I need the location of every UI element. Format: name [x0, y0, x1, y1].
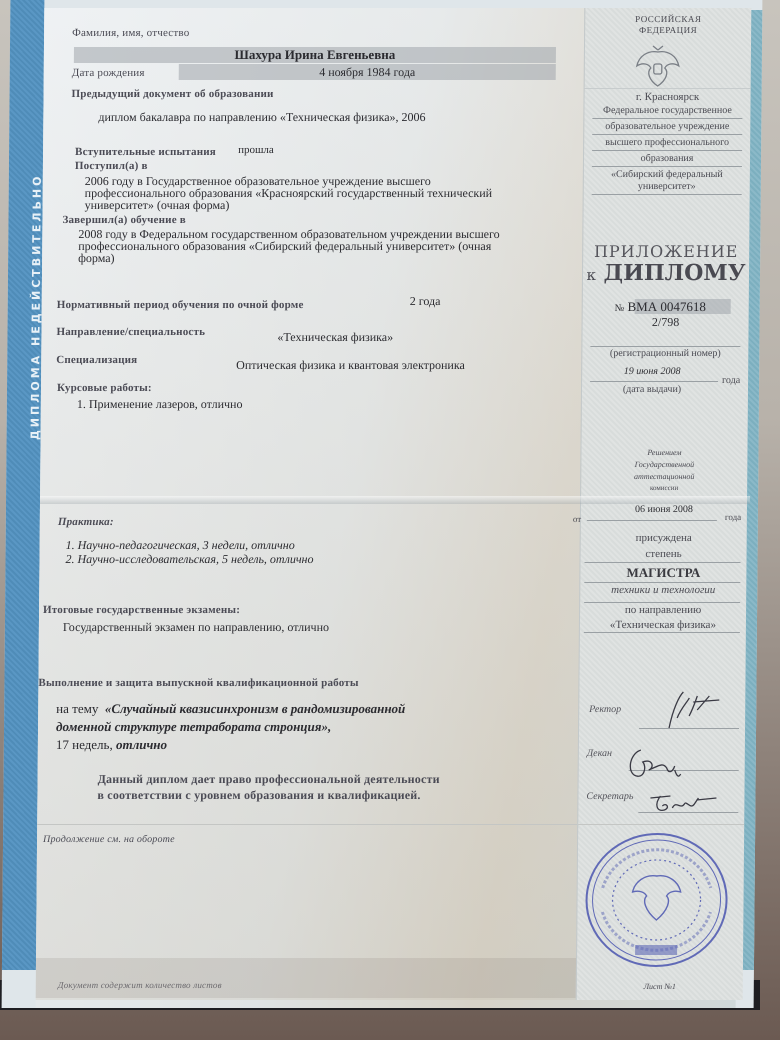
coursework-label: Курсовые работы: [57, 382, 152, 394]
line [584, 582, 740, 583]
title-main: ДИПЛОМУ [603, 260, 745, 286]
practice-label: Практика: [58, 516, 114, 528]
thesis-topic-prefix: на тему [56, 701, 98, 716]
sheets-count-note: Документ содержит количество листов [58, 980, 222, 990]
official-seal-stamp [584, 828, 733, 976]
direction-value: «Техническая физика» [277, 330, 393, 345]
side-direction-value: «Техническая физика» [580, 619, 746, 631]
period-label: Нормативный период обучения по очной фор… [57, 299, 304, 311]
side-divider-1 [585, 88, 751, 89]
decision-line-3: аттестационной [581, 472, 747, 481]
city: г. Красноярск [584, 91, 750, 103]
title-line-2: к ДИПЛОМУ [583, 260, 749, 286]
line [590, 381, 718, 382]
degree-field: техники и технологии [580, 584, 746, 596]
diploma-supplement-sheet: ДИПЛОМА НЕДЕЙСТВИТЕЛЬНО БЕЗ ДИПЛОМА НЕДЕ… [2, 0, 763, 1008]
line [592, 134, 742, 135]
rector-signature [659, 688, 729, 732]
secretary-label: Секретарь [586, 791, 633, 802]
thesis-topic-title-1: «Случайный квазисинхронизм в рандомизиро… [105, 701, 406, 716]
line [592, 118, 742, 119]
line [592, 166, 742, 167]
reg-number-caption: (регистрационный номер) [582, 348, 748, 359]
side-footer-divider [578, 824, 744, 825]
decision-suffix: года [725, 512, 741, 522]
direction-prefix: по направлению [580, 604, 746, 616]
rights-line-1: Данный диплом дает право профессионально… [98, 772, 440, 787]
line [584, 562, 740, 563]
entrance-label: Вступительные испытания [75, 146, 216, 158]
completed-line-3: форма) [78, 251, 115, 266]
continued-note: Продолжение см. на обороте [43, 834, 175, 845]
coursework-item: 1. Применение лазеров, отлично [77, 397, 243, 412]
fio-value: Шахура Ирина Евгеньевна [74, 47, 556, 63]
country-line-1: РОССИЙСКАЯ [585, 14, 751, 24]
thesis-label: Выполнение и защита выпускной квалификац… [38, 677, 358, 689]
thesis-duration: 17 недель, [56, 737, 113, 752]
institution-line-2: образовательное учреждение [584, 121, 750, 132]
entrance-value: прошла [238, 144, 274, 156]
dean-signature [623, 744, 693, 784]
exams-label: Итоговые государственные экзамены: [43, 604, 240, 616]
line [584, 632, 740, 633]
completed-label: Завершил(а) обучение в [62, 214, 186, 226]
prev-doc-value: диплом бакалавра по направлению «Техниче… [98, 110, 425, 125]
line [592, 194, 742, 195]
title-prefix: к [586, 266, 596, 284]
page: Фамилия, имя, отчество Шахура Ирина Евге… [36, 8, 745, 1008]
issue-date-caption: (дата выдачи) [582, 384, 722, 395]
enrolled-label: Поступил(а) в [75, 160, 148, 172]
fio-label: Фамилия, имя, отчество [72, 27, 189, 39]
issue-date: 19 июня 2008 [582, 366, 722, 377]
specialization-label: Специализация [56, 354, 137, 366]
specialization-value: Оптическая физика и квантовая электроник… [236, 358, 465, 373]
direction-label: Направление/специальность [56, 326, 205, 338]
prev-doc-label: Предыдущий документ об образовании [72, 88, 274, 100]
issue-date-suffix: года [722, 375, 740, 386]
enrolled-line-3: университет» (очная форма) [85, 198, 230, 213]
institution-line-1: Федеральное государственное [584, 105, 750, 116]
dean-label: Декан [587, 748, 612, 759]
reg-number: 2/798 [583, 315, 749, 330]
line [584, 602, 740, 603]
birth-value: 4 ноября 1984 года [179, 65, 556, 80]
decision-line-4: комиссии [581, 484, 747, 492]
line [590, 346, 740, 347]
sheet-label: Лист №1 [577, 982, 743, 991]
footer-divider [37, 824, 577, 825]
line [587, 520, 717, 521]
country-line-2: ФЕДЕРАЦИЯ [585, 25, 751, 35]
coat-of-arms-icon [633, 44, 683, 90]
number-sign: № [615, 303, 625, 314]
line [592, 150, 742, 151]
institution-line-3: высшего профессионального [584, 137, 750, 148]
degree: МАГИСТРА [580, 565, 746, 581]
thesis-grade: отлично [116, 737, 167, 752]
series-number-value: ВМА 0047618 [627, 299, 706, 314]
decision-line-2: Государственной [581, 460, 747, 469]
decision-prefix: от [573, 514, 581, 524]
thesis-topic-line-2: доменной структуре тетрабората стронция»… [56, 719, 331, 735]
institution-line-4: образования [584, 153, 750, 164]
title-line-1: ПРИЛОЖЕНИЕ [583, 242, 749, 261]
institution-line-5: «Сибирский федеральный [584, 169, 750, 180]
main-column: Фамилия, имя, отчество Шахура Ирина Евге… [36, 8, 585, 1000]
awarded-line-2: степень [581, 548, 747, 560]
exams-item: Государственный экзамен по направлению, … [63, 620, 329, 635]
institution-line-6: университет» [584, 181, 750, 192]
practice-item-1: 1. Научно-педагогическая, 3 недели, отли… [66, 538, 295, 553]
thesis-topic-line-1: на тему «Случайный квазисинхронизм в ран… [56, 701, 405, 717]
rights-line-2: в соответствии с уровнем образования и к… [97, 788, 420, 803]
thesis-duration-line: 17 недель, отлично [56, 737, 167, 753]
birth-label: Дата рождения [72, 67, 145, 79]
paper-fold [40, 496, 750, 504]
practice-item-2: 2. Научно-исследовательская, 5 недель, о… [65, 552, 313, 567]
series-number: № ВМА 0047618 [615, 299, 706, 315]
secretary-signature [644, 790, 724, 816]
completed-line-2: профессионального образования «Сибирский… [78, 239, 491, 254]
decision-line-1: Решением [581, 448, 747, 457]
rector-label: Ректор [589, 704, 621, 715]
awarded-line-1: присуждена [581, 532, 747, 544]
decision-date: 06 июня 2008 [581, 504, 747, 515]
period-value: 2 года [410, 294, 441, 309]
